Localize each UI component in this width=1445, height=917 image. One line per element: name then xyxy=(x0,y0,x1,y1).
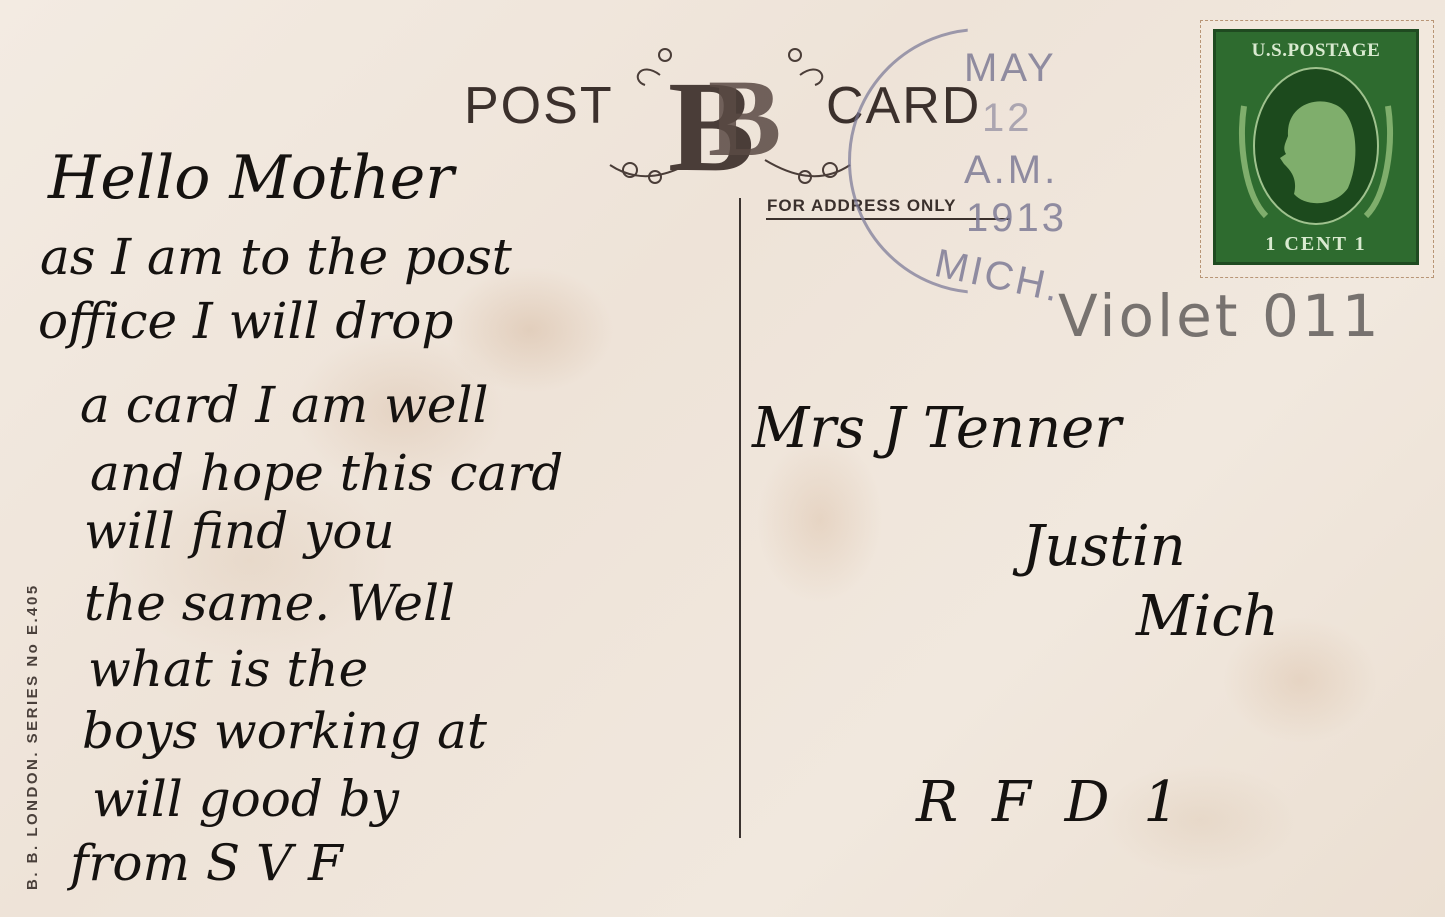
recipient-route: R F D 1 xyxy=(916,770,1187,835)
message-line: and hope this card xyxy=(90,448,563,498)
postmark-month: MAY xyxy=(964,46,1057,91)
recipient-name: Mrs J Tenner xyxy=(752,396,1121,461)
postmark-year: 1913 xyxy=(966,196,1067,241)
header-post-word: POST xyxy=(464,76,614,136)
postcard-back: POST B B CARD FOR ADDRESS ONLY B. B. LON… xyxy=(0,0,1445,917)
postmark-time: A.M. xyxy=(964,148,1058,193)
recipient-city: Justin xyxy=(1022,514,1186,579)
message-line: a card I am well xyxy=(80,380,488,430)
washington-portrait-icon xyxy=(1236,66,1396,231)
postmark-state: MICH. xyxy=(931,241,1066,312)
message-line: will good by xyxy=(92,774,399,824)
message-line: what is the xyxy=(88,644,368,694)
stamp-denomination: 1 CENT 1 xyxy=(1216,233,1416,256)
message-line: as I am to the post xyxy=(40,232,512,282)
message-line: from S V F xyxy=(70,838,343,888)
pencil-note: Violet 011 xyxy=(1058,282,1382,350)
bb-monogram-logo: B B xyxy=(600,35,860,205)
message-line: Hello Mother xyxy=(48,148,454,208)
postage-stamp: U.S.POSTAGE 1 CENT 1 xyxy=(1200,20,1434,278)
center-divider-line xyxy=(739,198,741,838)
message-line: boys working at xyxy=(82,706,487,756)
message-line: office I will drop xyxy=(38,296,453,346)
publisher-imprint: B. B. LONDON. SERIES No E.405 xyxy=(24,583,41,890)
recipient-state: Mich xyxy=(1136,584,1279,649)
message-line: will find you xyxy=(84,506,395,556)
svg-text:B: B xyxy=(708,57,781,179)
stamp-top-text: U.S.POSTAGE xyxy=(1216,40,1416,62)
message-line: the same. Well xyxy=(84,578,455,628)
postmark-day: 12 xyxy=(982,96,1033,141)
